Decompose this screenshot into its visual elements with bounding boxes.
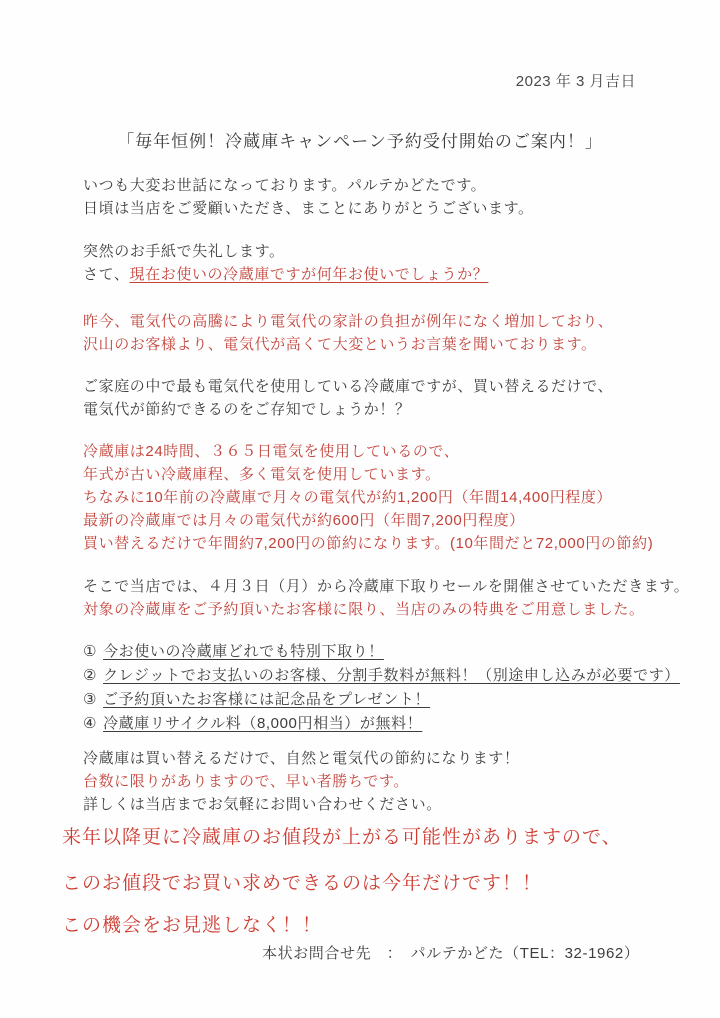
paragraph-household: ご家庭の中で最も電気代を使用している冷蔵庫ですが、買い替えるだけで、 電気代が節… (83, 375, 613, 421)
paragraph-rising-costs: 昨今、電気代の高騰により電気代の家計の負担が例年になく増加しており、 沢山のお客… (83, 310, 613, 356)
rising-costs-line-2: 沢山のお客様より、電気代が高くて大変というお言葉を聞いております。 (83, 333, 613, 356)
benefit-item-3: ③ご予約頂いたお客様には記念品をプレゼント！ (83, 688, 680, 712)
big-red-line-2: このお値段でお買い求めできるのは今年だけです！！ (62, 868, 542, 895)
closing-line-1: 冷蔵庫は買い替えるだけで、自然と電気代の節約になります！ (83, 747, 520, 770)
greeting-line-2: 日頃は当店をご愛顧いただき、まことにありがとうございます。 (83, 197, 534, 220)
benefit-item-2: ②クレジットでお支払いのお客様、分割手数料が無料！（別途申し込みが必要です） (83, 664, 680, 688)
benefit-text-2: クレジットでお支払いのお客様、分割手数料が無料！（別途申し込みが必要です） (103, 667, 680, 684)
sale-red-line: 対象の冷蔵庫をご予約頂いたお客様に限り、当店のみの特典をご用意しました。 (83, 598, 689, 621)
benefit-text-1: 今お使いの冷蔵庫どれでも特別下取り！ (103, 643, 384, 660)
letter-title: 「毎年恒例！冷蔵庫キャンペーン予約受付開始のご案内！」 (0, 127, 720, 152)
intro-line-1: 突然のお手紙で失礼します。 (83, 240, 488, 263)
paragraph-greeting: いつも大変お世話になっております。パルテかどたです。 日頃は当店をご愛顧いただき… (83, 174, 534, 220)
savings-line-1: 冷蔵庫は24時間、３６５日電気を使用しているので、 (83, 440, 653, 463)
closing-line-2-red: 台数に限りがありますので、早い者勝ちです。 (83, 770, 520, 793)
closing-line-3: 詳しくは当店までお気軽にお問い合わせください。 (83, 793, 520, 816)
rising-costs-line-1: 昨今、電気代の高騰により電気代の家計の負担が例年になく増加しており、 (83, 310, 613, 333)
benefits-list: ①今お使いの冷蔵庫どれでも特別下取り！ ②クレジットでお支払いのお客様、分割手数… (83, 640, 680, 736)
savings-line-3: ちなみに10年前の冷蔵庫で月々の電気代が約1,200円（年間14,400円程度） (83, 486, 653, 509)
big-red-line-1: 来年以降更に冷蔵庫のお値段が上がる可能性がありますので、 (62, 822, 622, 849)
benefit-text-3: ご予約頂いたお客様には記念品をプレゼント！ (103, 691, 430, 708)
paragraph-intro: 突然のお手紙で失礼します。 さて、現在お使いの冷蔵庫ですが何年お使いでしょうか？ (83, 240, 488, 286)
benefit-text-4: 冷蔵庫リサイクル料（8,000円相当）が無料！ (103, 715, 422, 732)
letter-page: 2023 年 3 月吉日 「毎年恒例！冷蔵庫キャンペーン予約受付開始のご案内！」… (0, 0, 720, 1018)
benefit-number-2: ② (83, 667, 97, 684)
household-line-2: 電気代が節約できるのをご存知でしょうか！？ (83, 398, 613, 421)
benefit-number-4: ④ (83, 715, 97, 732)
savings-line-2: 年式が古い冷蔵庫程、多く電気を使用しています。 (83, 463, 653, 486)
contact-footer: 本状お問合せ先 ： パルテかどた（TEL：32-1962） (262, 942, 639, 963)
savings-line-5: 買い替えるだけで年間約7,200円の節約になります。(10年間だと72,000円… (83, 532, 653, 555)
paragraph-closing: 冷蔵庫は買い替えるだけで、自然と電気代の節約になります！ 台数に限りがありますの… (83, 747, 520, 816)
intro-line-2: さて、現在お使いの冷蔵庫ですが何年お使いでしょうか？ (83, 263, 488, 286)
paragraph-sale-announcement: そこで当店では、４月３日（月）から冷蔵庫下取りセールを開催させていただきます。 … (83, 575, 689, 621)
household-line-1: ご家庭の中で最も電気代を使用している冷蔵庫ですが、買い替えるだけで、 (83, 375, 613, 398)
benefit-item-1: ①今お使いの冷蔵庫どれでも特別下取り！ (83, 640, 680, 664)
intro-line-2-prefix: さて、 (83, 266, 130, 283)
date-line: 2023 年 3 月吉日 (516, 70, 636, 91)
savings-line-4: 最新の冷蔵庫では月々の電気代が約600円（年間7,200円程度） (83, 509, 653, 532)
benefit-item-4: ④冷蔵庫リサイクル料（8,000円相当）が無料！ (83, 712, 680, 736)
greeting-line-1: いつも大変お世話になっております。パルテかどたです。 (83, 174, 534, 197)
big-red-line-3: この機会をお見逃しなく！！ (62, 910, 322, 937)
benefit-number-3: ③ (83, 691, 97, 708)
benefit-number-1: ① (83, 643, 97, 660)
intro-question-red-underlined: 現在お使いの冷蔵庫ですが何年お使いでしょうか？ (130, 266, 489, 283)
sale-black-line: そこで当店では、４月３日（月）から冷蔵庫下取りセールを開催させていただきます。 (83, 575, 689, 598)
paragraph-savings: 冷蔵庫は24時間、３６５日電気を使用しているので、 年式が古い冷蔵庫程、多く電気… (83, 440, 653, 555)
